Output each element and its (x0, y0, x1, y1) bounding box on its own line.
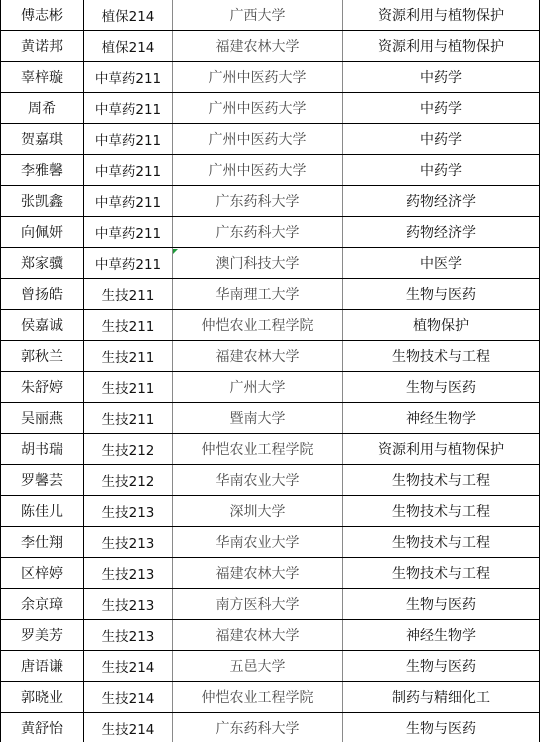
cell-major[interactable]: 中药学 (343, 124, 540, 155)
cell-university[interactable]: 华南农业大学 (173, 465, 343, 496)
cell-major[interactable]: 生物技术与工程 (343, 558, 540, 589)
cell-class[interactable]: 中草药211 (84, 217, 173, 248)
cell-name[interactable]: 朱舒婷 (1, 372, 84, 403)
cell-class[interactable]: 生技212 (84, 434, 173, 465)
cell-name[interactable]: 曾扬皓 (1, 279, 84, 310)
cell-comment-marker-icon (173, 249, 178, 254)
table-row: 罗馨芸 生技212 华南农业大学 生物技术与工程 (1, 465, 540, 496)
cell-university[interactable]: 福建农林大学 (173, 620, 343, 651)
cell-major[interactable]: 神经生物学 (343, 403, 540, 434)
cell-name[interactable]: 吴丽燕 (1, 403, 84, 434)
table-row: 区梓婷 生技213 福建农林大学 生物技术与工程 (1, 558, 540, 589)
spreadsheet: 傅志彬 植保214 广西大学 资源利用与植物保护 黄诺邦 植保214 福建农林大… (0, 0, 539, 742)
cell-name[interactable]: 黄诺邦 (1, 31, 84, 62)
cell-name[interactable]: 郭晓业 (1, 682, 84, 713)
cell-major[interactable]: 生物与医药 (343, 589, 540, 620)
cell-class[interactable]: 植保214 (84, 0, 173, 31)
cell-name[interactable]: 侯嘉诚 (1, 310, 84, 341)
cell-major[interactable]: 神经生物学 (343, 620, 540, 651)
cell-name[interactable]: 余京璋 (1, 589, 84, 620)
table-row: 黄舒怡 生技214 广东药科大学 生物与医药 (1, 713, 540, 742)
table-row: 周希 中草药211 广州中医药大学 中药学 (1, 93, 540, 124)
cell-class[interactable]: 生技214 (84, 713, 173, 742)
cell-major[interactable]: 资源利用与植物保护 (343, 434, 540, 465)
cell-class[interactable]: 中草药211 (84, 124, 173, 155)
cell-class[interactable]: 中草药211 (84, 155, 173, 186)
cell-university[interactable]: 深圳大学 (173, 496, 343, 527)
cell-major[interactable]: 生物与医药 (343, 651, 540, 682)
cell-university[interactable]: 仲恺农业工程学院 (173, 310, 343, 341)
table-row: 郑家骥 中草药211 澳门科技大学 中医学 (1, 248, 540, 279)
cell-class[interactable]: 生技211 (84, 403, 173, 434)
table-row: 罗美芳 生技213 福建农林大学 神经生物学 (1, 620, 540, 651)
cell-major[interactable]: 中药学 (343, 62, 540, 93)
table-row: 李雅馨 中草药211 广州中医药大学 中药学 (1, 155, 540, 186)
cell-major[interactable]: 资源利用与植物保护 (343, 31, 540, 62)
cell-major[interactable]: 资源利用与植物保护 (343, 0, 540, 31)
table-row: 郭晓业 生技214 仲恺农业工程学院 制药与精细化工 (1, 682, 540, 713)
table-row: 贺嘉琪 中草药211 广州中医药大学 中药学 (1, 124, 540, 155)
table-row: 张凯鑫 中草药211 广东药科大学 药物经济学 (1, 186, 540, 217)
cell-major[interactable]: 药物经济学 (343, 217, 540, 248)
cell-university[interactable]: 澳门科技大学 (173, 248, 343, 279)
cell-major[interactable]: 生物技术与工程 (343, 465, 540, 496)
cell-university[interactable]: 福建农林大学 (173, 31, 343, 62)
cell-major[interactable]: 中医学 (343, 248, 540, 279)
cell-name[interactable]: 李仕翔 (1, 527, 84, 558)
cell-class[interactable]: 生技211 (84, 341, 173, 372)
cell-university[interactable]: 南方医科大学 (173, 589, 343, 620)
cell-university[interactable]: 广州中医药大学 (173, 155, 343, 186)
cell-university[interactable]: 广州中医药大学 (173, 93, 343, 124)
cell-university[interactable]: 暨南大学 (173, 403, 343, 434)
cell-class[interactable]: 生技211 (84, 279, 173, 310)
table-row: 傅志彬 植保214 广西大学 资源利用与植物保护 (1, 0, 540, 31)
cell-university[interactable]: 五邑大学 (173, 651, 343, 682)
cell-name[interactable]: 唐语谦 (1, 651, 84, 682)
cell-university[interactable]: 广东药科大学 (173, 186, 343, 217)
cell-major[interactable]: 生物与医药 (343, 372, 540, 403)
cell-major[interactable]: 生物技术与工程 (343, 341, 540, 372)
table-row: 吴丽燕 生技211 暨南大学 神经生物学 (1, 403, 540, 434)
table-row: 曾扬皓 生技211 华南理工大学 生物与医药 (1, 279, 540, 310)
cell-name[interactable]: 郑家骥 (1, 248, 84, 279)
cell-major[interactable]: 生物与医药 (343, 279, 540, 310)
cell-university[interactable]: 广东药科大学 (173, 713, 343, 742)
cell-major[interactable]: 生物技术与工程 (343, 496, 540, 527)
cell-class[interactable]: 生技211 (84, 310, 173, 341)
cell-name[interactable]: 罗馨芸 (1, 465, 84, 496)
table-row: 余京璋 生技213 南方医科大学 生物与医药 (1, 589, 540, 620)
cell-university[interactable]: 广州大学 (173, 372, 343, 403)
cell-university[interactable]: 广州中医药大学 (173, 124, 343, 155)
cell-university[interactable]: 仲恺农业工程学院 (173, 682, 343, 713)
cell-name[interactable]: 李雅馨 (1, 155, 84, 186)
cell-class[interactable]: 生技212 (84, 465, 173, 496)
cell-class[interactable]: 生技214 (84, 651, 173, 682)
table-row: 侯嘉诚 生技211 仲恺农业工程学院 植物保护 (1, 310, 540, 341)
cell-major[interactable]: 中药学 (343, 93, 540, 124)
table-row: 向佩妍 中草药211 广东药科大学 药物经济学 (1, 217, 540, 248)
cell-name[interactable]: 傅志彬 (1, 0, 84, 31)
cell-university[interactable]: 广西大学 (173, 0, 343, 31)
table-row: 陈佳儿 生技213 深圳大学 生物技术与工程 (1, 496, 540, 527)
cell-major[interactable]: 中药学 (343, 155, 540, 186)
cell-name[interactable]: 张凯鑫 (1, 186, 84, 217)
cell-name[interactable]: 罗美芳 (1, 620, 84, 651)
cell-university[interactable]: 华南农业大学 (173, 527, 343, 558)
cell-name[interactable]: 胡书瑞 (1, 434, 84, 465)
table-row: 唐语谦 生技214 五邑大学 生物与医药 (1, 651, 540, 682)
table-row: 李仕翔 生技213 华南农业大学 生物技术与工程 (1, 527, 540, 558)
cell-major[interactable]: 生物与医药 (343, 713, 540, 742)
cell-class[interactable]: 生技214 (84, 682, 173, 713)
cell-name[interactable]: 区梓婷 (1, 558, 84, 589)
cell-university[interactable]: 仲恺农业工程学院 (173, 434, 343, 465)
cell-major[interactable]: 制药与精细化工 (343, 682, 540, 713)
cell-class[interactable]: 生技213 (84, 620, 173, 651)
cell-class[interactable]: 中草药211 (84, 93, 173, 124)
cell-name[interactable]: 郭秋兰 (1, 341, 84, 372)
cell-name[interactable]: 向佩妍 (1, 217, 84, 248)
cell-class[interactable]: 生技213 (84, 527, 173, 558)
cell-university[interactable]: 福建农林大学 (173, 341, 343, 372)
table-row: 黄诺邦 植保214 福建农林大学 资源利用与植物保护 (1, 31, 540, 62)
cell-major[interactable]: 药物经济学 (343, 186, 540, 217)
cell-class[interactable]: 中草药211 (84, 62, 173, 93)
cell-name[interactable]: 周希 (1, 93, 84, 124)
cell-class[interactable]: 生技213 (84, 589, 173, 620)
table-row: 辜梓璇 中草药211 广州中医药大学 中药学 (1, 62, 540, 93)
table-row: 胡书瑞 生技212 仲恺农业工程学院 资源利用与植物保护 (1, 434, 540, 465)
admissions-table: 傅志彬 植保214 广西大学 资源利用与植物保护 黄诺邦 植保214 福建农林大… (0, 0, 540, 742)
cell-class[interactable]: 生技213 (84, 496, 173, 527)
table-row: 朱舒婷 生技211 广州大学 生物与医药 (1, 372, 540, 403)
cell-name[interactable]: 黄舒怡 (1, 713, 84, 742)
cell-university[interactable]: 广东药科大学 (173, 217, 343, 248)
cell-name[interactable]: 贺嘉琪 (1, 124, 84, 155)
cell-class[interactable]: 生技213 (84, 558, 173, 589)
cell-class[interactable]: 生技211 (84, 372, 173, 403)
cell-name[interactable]: 辜梓璇 (1, 62, 84, 93)
cell-class[interactable]: 中草药211 (84, 186, 173, 217)
cell-class[interactable]: 中草药211 (84, 248, 173, 279)
cell-major[interactable]: 植物保护 (343, 310, 540, 341)
cell-university[interactable]: 华南理工大学 (173, 279, 343, 310)
cell-name[interactable]: 陈佳儿 (1, 496, 84, 527)
cell-class[interactable]: 植保214 (84, 31, 173, 62)
cell-university[interactable]: 广州中医药大学 (173, 62, 343, 93)
cell-major[interactable]: 生物技术与工程 (343, 527, 540, 558)
table-row: 郭秋兰 生技211 福建农林大学 生物技术与工程 (1, 341, 540, 372)
cell-university[interactable]: 福建农林大学 (173, 558, 343, 589)
